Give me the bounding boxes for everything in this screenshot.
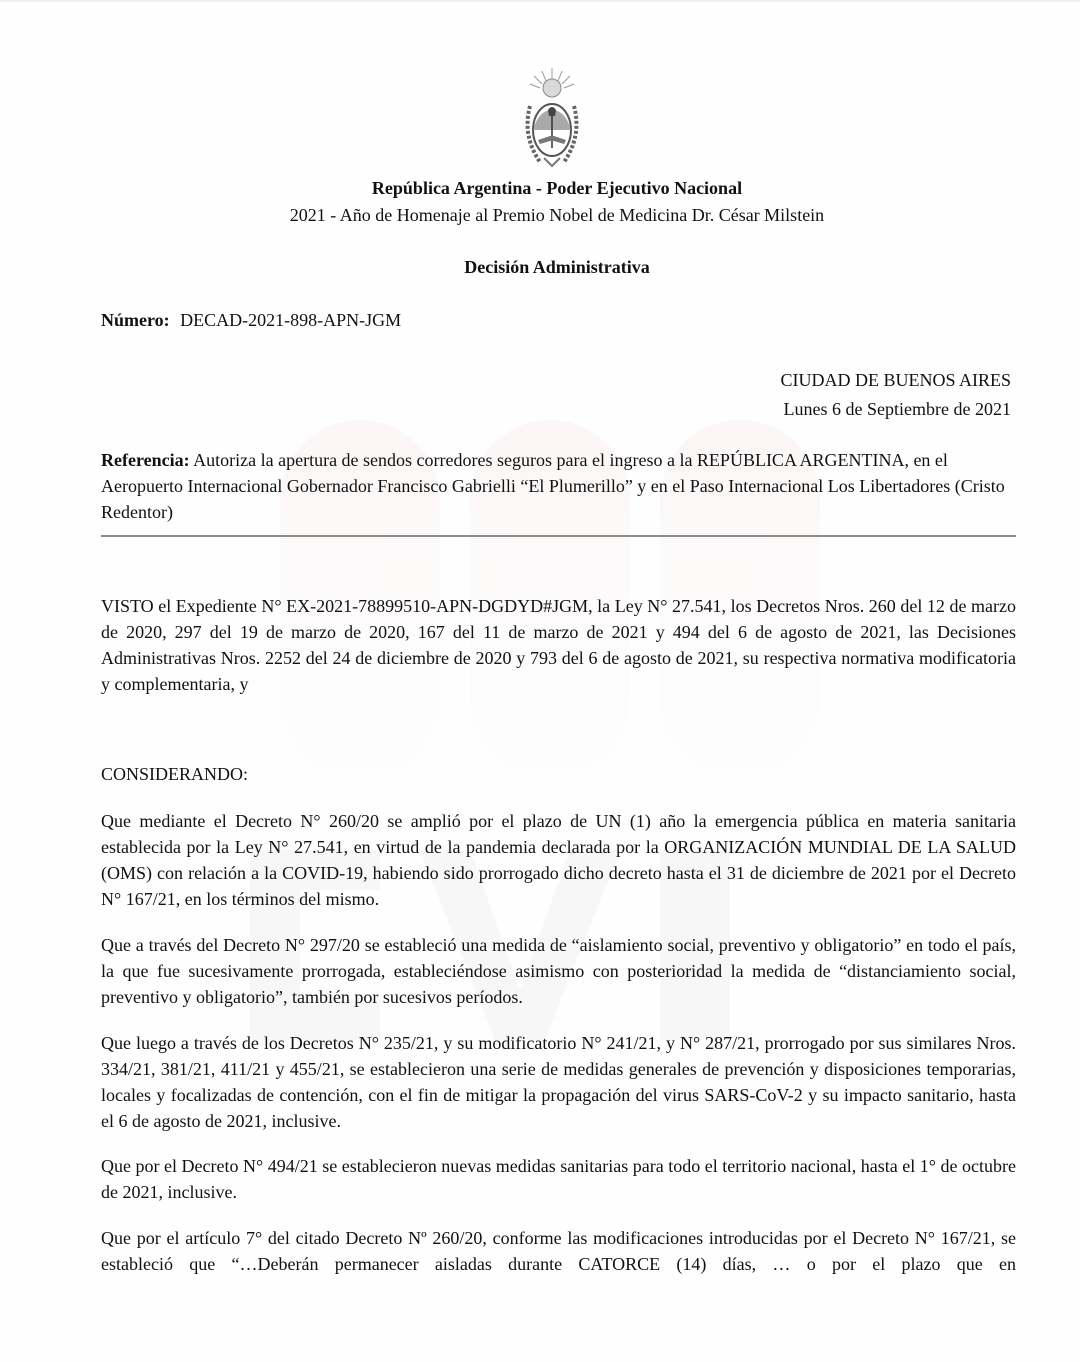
reference-text: Autoriza la apertura de sendos corredore… bbox=[101, 450, 1005, 522]
considerando-paragraph: Que luego a través de los Decretos N° 23… bbox=[101, 1030, 1016, 1134]
header-subtitle: 2021 - Año de Homenaje al Premio Nobel d… bbox=[0, 205, 1080, 226]
document-number: Número: DECAD-2021-898-APN-JGM bbox=[101, 310, 401, 331]
considerando-paragraph: Que por el artículo 7° del citado Decret… bbox=[101, 1225, 1016, 1277]
document-number-value: DECAD-2021-898-APN-JGM bbox=[180, 310, 401, 330]
document-page: República Argentina - Poder Ejecutivo Na… bbox=[0, 0, 1080, 1362]
header-title: República Argentina - Poder Ejecutivo Na… bbox=[0, 178, 1080, 199]
divider bbox=[101, 535, 1016, 537]
city: CIUDAD DE BUENOS AIRES bbox=[780, 366, 1011, 395]
reference-label: Referencia: bbox=[101, 450, 190, 470]
visto-paragraph: VISTO el Expediente N° EX-2021-78899510-… bbox=[101, 593, 1016, 697]
considerando-paragraph: Que mediante el Decreto N° 260/20 se amp… bbox=[101, 808, 1016, 912]
date: Lunes 6 de Septiembre de 2021 bbox=[780, 395, 1011, 424]
document-type-heading: Decisión Administrativa bbox=[0, 257, 1080, 278]
considerando-paragraph: Que por el Decreto N° 494/21 se establec… bbox=[101, 1153, 1016, 1205]
reference-block: Referencia: Autoriza la apertura de send… bbox=[101, 447, 1016, 525]
considerando-paragraph: Que a través del Decreto N° 297/20 se es… bbox=[101, 932, 1016, 1010]
considerando-heading: CONSIDERANDO: bbox=[101, 764, 248, 785]
document-number-label: Número: bbox=[101, 310, 170, 330]
argentina-coat-of-arms-icon bbox=[520, 66, 584, 176]
place-and-date: CIUDAD DE BUENOS AIRES Lunes 6 de Septie… bbox=[780, 366, 1011, 424]
